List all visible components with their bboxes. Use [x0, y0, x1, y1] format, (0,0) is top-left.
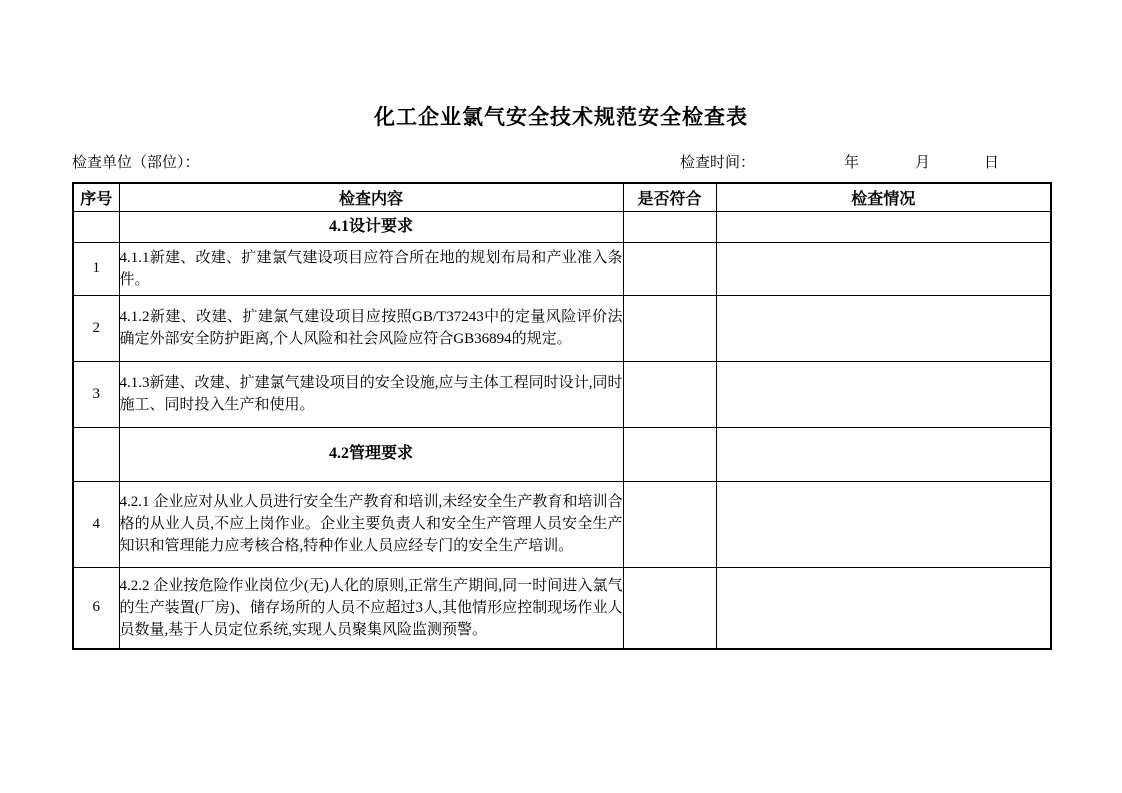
page-title: 化工企业氯气安全技术规范安全检查表: [0, 101, 1122, 131]
serial-cell: [73, 211, 119, 242]
content-cell: 4.1设计要求: [119, 211, 623, 242]
situation-cell[interactable]: [716, 361, 1051, 427]
compliance-cell[interactable]: [623, 567, 716, 649]
situation-cell: [716, 211, 1051, 242]
situation-cell: [716, 427, 1051, 481]
content-cell: 4.1.2新建、改建、扩建氯气建设项目应按照GB/T37243中的定量风险评价法…: [119, 295, 623, 361]
item-row: 14.1.1新建、改建、扩建氯气建设项目应符合所在地的规划布局和产业准入条件。: [73, 242, 1051, 295]
content-cell: 4.2管理要求: [119, 427, 623, 481]
serial-cell: [73, 427, 119, 481]
situation-cell[interactable]: [716, 567, 1051, 649]
compliance-cell[interactable]: [623, 361, 716, 427]
item-row: 34.1.3新建、改建、扩建氯气建设项目的安全设施,应与主体工程同时设计,同时施…: [73, 361, 1051, 427]
serial-cell: 1: [73, 242, 119, 295]
compliance-cell: [623, 427, 716, 481]
item-row: 44.2.1 企业应对从业人员进行安全生产教育和培训,未经安全生产教育和培训合格…: [73, 481, 1051, 567]
year-label: 年: [844, 151, 859, 172]
table-header-row: 序号检查内容是否符合检查情况: [73, 183, 1051, 211]
serial-cell: 3: [73, 361, 119, 427]
content-cell: 4.1.1新建、改建、扩建氯气建设项目应符合所在地的规划布局和产业准入条件。: [119, 242, 623, 295]
serial-cell: 4: [73, 481, 119, 567]
situation-cell[interactable]: [716, 481, 1051, 567]
column-header-2: 是否符合: [623, 183, 716, 211]
section-row: 4.2管理要求: [73, 427, 1051, 481]
situation-cell[interactable]: [716, 295, 1051, 361]
document-page: 化工企业氯气安全技术规范安全检查表 检查单位（部位）： 检查时间： 年 月 日 …: [0, 0, 1122, 793]
situation-cell[interactable]: [716, 242, 1051, 295]
meta-row: 检查单位（部位）： 检查时间： 年 月 日: [72, 151, 1050, 173]
inspection-unit-label: 检查单位（部位）：: [72, 151, 200, 172]
day-label: 日: [984, 151, 999, 172]
item-row: 24.1.2新建、改建、扩建氯气建设项目应按照GB/T37243中的定量风险评价…: [73, 295, 1051, 361]
checklist-body: 4.1设计要求14.1.1新建、改建、扩建氯气建设项目应符合所在地的规划布局和产…: [73, 211, 1051, 649]
content-cell: 4.2.1 企业应对从业人员进行安全生产教育和培训,未经安全生产教育和培训合格的…: [119, 481, 623, 567]
column-header-3: 检查情况: [716, 183, 1051, 211]
inspection-time-label: 检查时间：: [680, 151, 755, 172]
compliance-cell[interactable]: [623, 481, 716, 567]
column-header-0: 序号: [73, 183, 119, 211]
content-cell: 4.1.3新建、改建、扩建氯气建设项目的安全设施,应与主体工程同时设计,同时施工…: [119, 361, 623, 427]
column-header-1: 检查内容: [119, 183, 623, 211]
serial-cell: 2: [73, 295, 119, 361]
month-label: 月: [915, 151, 930, 172]
serial-cell: 6: [73, 567, 119, 649]
compliance-cell[interactable]: [623, 242, 716, 295]
compliance-cell: [623, 211, 716, 242]
compliance-cell[interactable]: [623, 295, 716, 361]
content-cell: 4.2.2 企业按危险作业岗位少(无)人化的原则,正常生产期间,同一时间进入氯气…: [119, 567, 623, 649]
section-row: 4.1设计要求: [73, 211, 1051, 242]
inspection-checklist-table: 序号检查内容是否符合检查情况 4.1设计要求14.1.1新建、改建、扩建氯气建设…: [72, 182, 1052, 650]
item-row: 64.2.2 企业按危险作业岗位少(无)人化的原则,正常生产期间,同一时间进入氯…: [73, 567, 1051, 649]
